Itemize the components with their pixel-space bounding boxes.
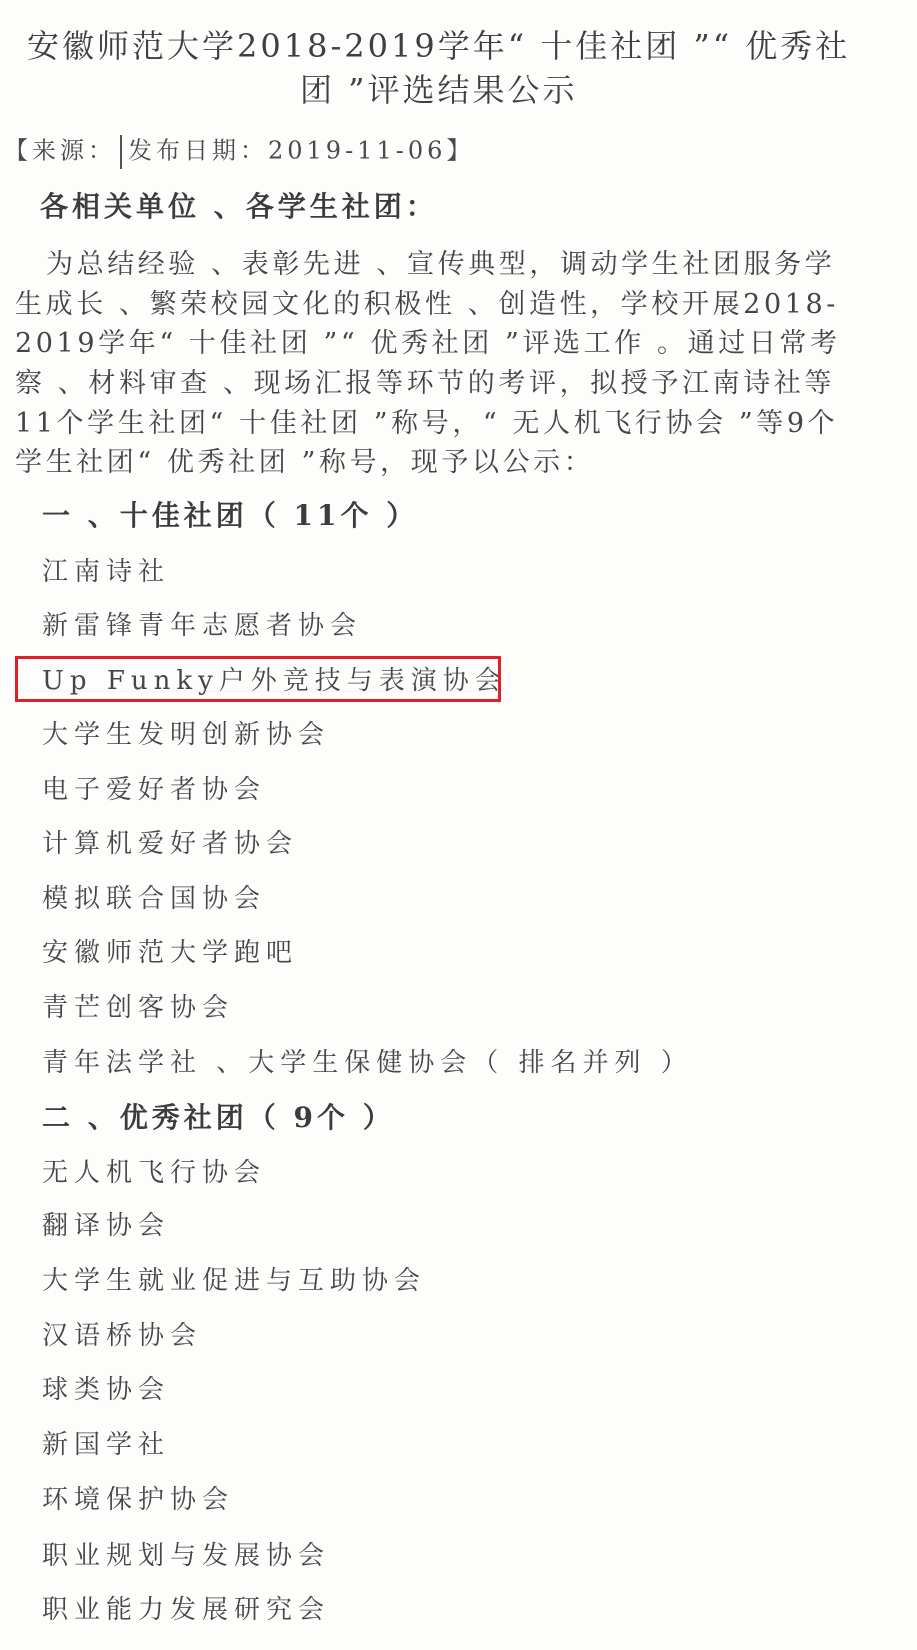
list-item: 青芒创客协会 [42,995,234,1021]
list-item: 大学生就业促进与互助协会 [42,1268,426,1294]
title-line-2: 团 ”评选结果公示 [300,74,578,106]
list-item: 青年法学社 、大学生保健协会（ 排名并列 ） [42,1050,693,1076]
list-item: 无人机飞行协会 [42,1160,266,1186]
paragraph-line: 察 、材料审查 、现场汇报等环节的考评，拟授予江南诗社等 [15,370,835,397]
paragraph-line: 11个学生社团“ 十佳社团 ”称号，“ 无人机飞行协会 ”等9个 [15,410,838,437]
paragraph-line: 学生社团“ 优秀社团 ”称号，现予以公示： [15,449,594,476]
close-bracket: 】 [446,137,474,165]
list-item: 翻译协会 [42,1213,170,1239]
source-label: 来源： [32,137,116,165]
highlight-box [15,656,501,702]
list-item: 职业规划与发展协会 [42,1543,330,1569]
open-bracket: 【 [4,137,32,165]
list-item: 安徽师范大学跑吧 [42,940,298,966]
salutation: 各相关单位 、各学生社团： [40,193,438,221]
paragraph-line: 生成长 、繁荣校园文化的积极性 、创造性，学校开展2018- [15,291,839,318]
section-heading: 一 、十佳社团（ 11个 ） [42,502,418,530]
list-item: 新雷锋青年志愿者协会 [42,613,362,639]
list-item: 模拟联合国协会 [42,886,266,912]
publish-date: 发布日期：2019-11-06 [128,137,446,165]
list-item: 汉语桥协会 [42,1323,202,1349]
list-item: 新国学社 [42,1432,170,1458]
paragraph-line: 2019学年“ 十佳社团 ”“ 优秀社团 ”评选工作 。通过日常考 [15,330,841,357]
title-line-1: 安徽师范大学2018-2019学年“ 十佳社团 ”“ 优秀社 [27,30,850,62]
list-item: 环境保护协会 [42,1487,234,1513]
list-item: 职业能力发展研究会 [42,1597,330,1623]
list-item: 球类协会 [42,1377,170,1403]
list-item: 江南诗社 [42,559,170,585]
section-heading: 二 、优秀社团（ 9个 ） [42,1104,395,1132]
list-item: 大学生发明创新协会 [42,722,330,748]
source-line: 【来源：发布日期：2019-11-06】 [4,135,474,169]
divider [120,135,122,169]
list-item: 电子爱好者协会 [42,777,266,803]
list-item: 计算机爱好者协会 [42,831,298,857]
paragraph-line: 为总结经验 、表彰先进 、宣传典型，调动学生社团服务学 [46,251,835,278]
